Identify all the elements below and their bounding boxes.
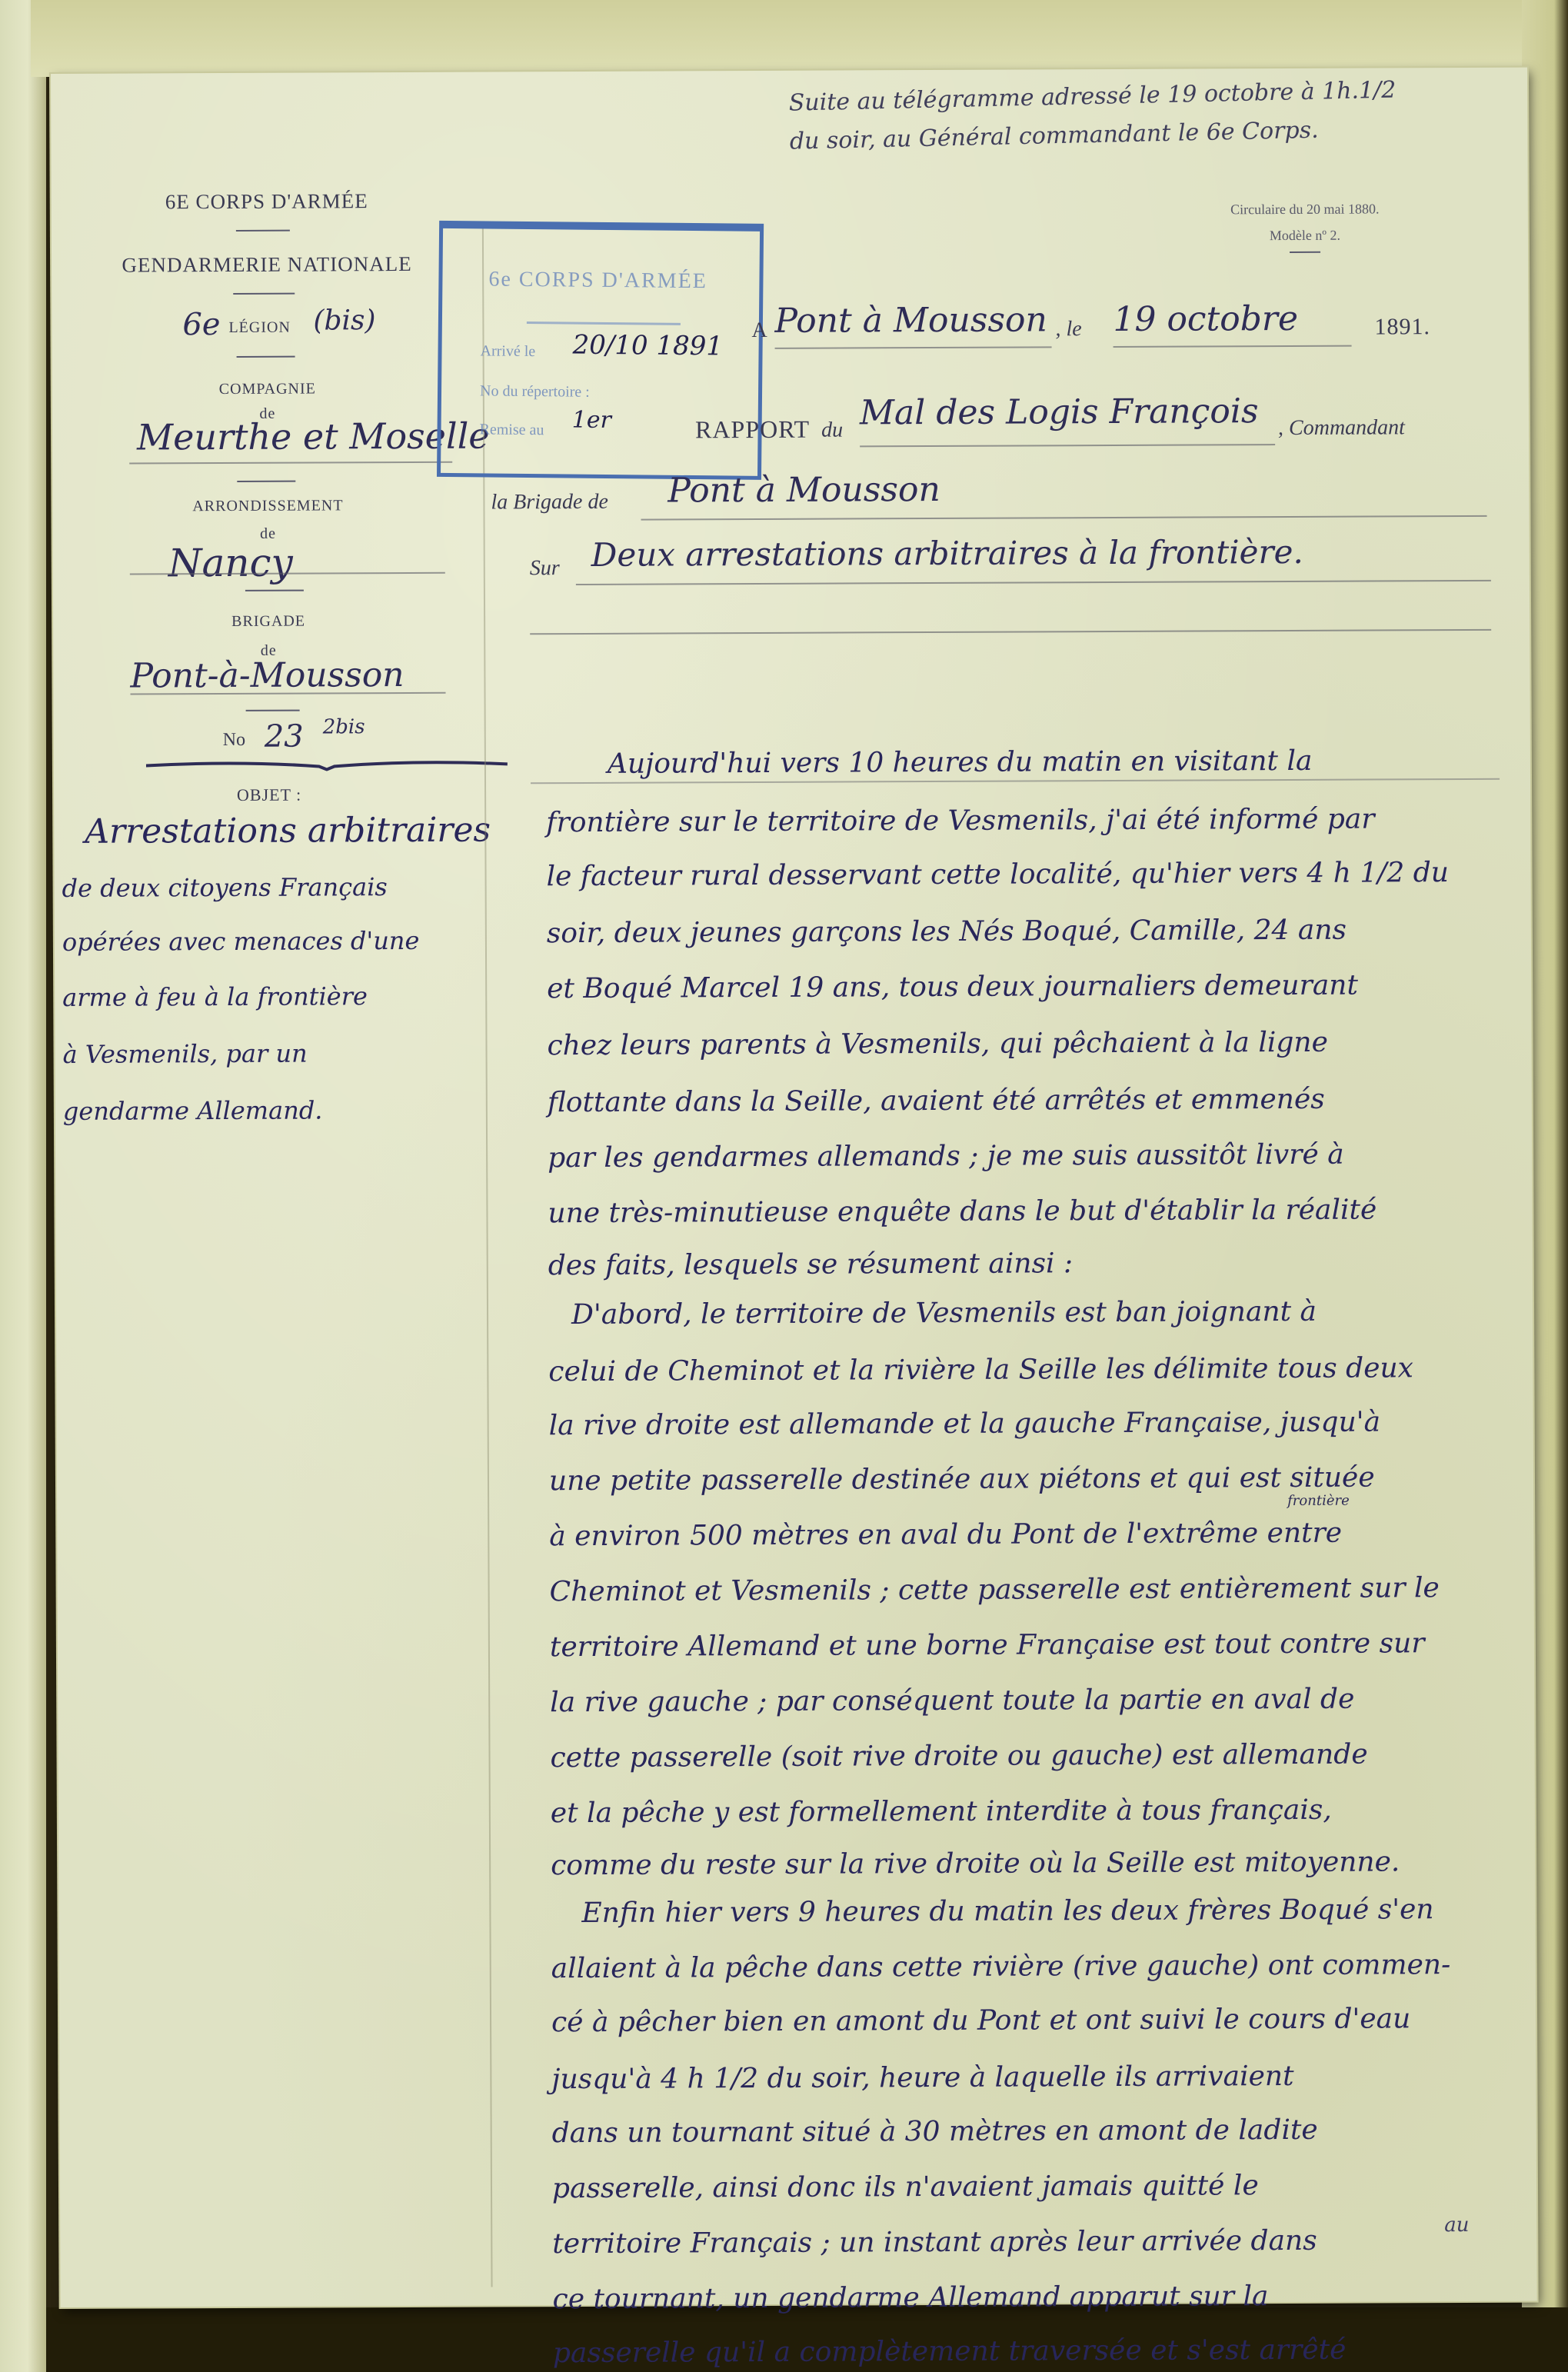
report-body: Aujourd'hui vers 10 heures du matin en v… <box>515 745 1515 749</box>
divider <box>1290 252 1320 253</box>
body-line: la rive gauche ; par conséquent toute la… <box>550 1684 1354 1719</box>
objet-label: OBJET : <box>54 785 484 806</box>
report-place: Pont à Mousson <box>774 300 1047 341</box>
body-line: et Boqué Marcel 19 ans, tous deux journa… <box>547 970 1358 1005</box>
divider <box>246 710 300 711</box>
body-line: territoire Français ; un instant après l… <box>552 2225 1317 2260</box>
number-suffix: 2bis <box>323 715 365 738</box>
stamp-divider <box>527 321 681 325</box>
body-line: dans un tournant situé à 30 mètres en am… <box>552 2114 1318 2149</box>
divider <box>245 590 304 591</box>
number-value: 23 <box>265 719 304 755</box>
body-line: celui de Cheminot et la rivière la Seill… <box>548 1352 1413 1388</box>
divider <box>236 230 290 232</box>
body-line: une petite passerelle destinée aux piéto… <box>549 1462 1375 1497</box>
number-label: No <box>223 730 245 751</box>
stamp-arrive-label: Arrivé le <box>480 342 535 361</box>
body-line: soir, deux jeunes garçons les Nés Boqué,… <box>547 914 1347 950</box>
legion-label: LÉGION <box>228 319 291 337</box>
du-label: du <box>821 418 843 443</box>
body-line: jusqu'à 4 h 1/2 du soir, heure à laquell… <box>551 2061 1293 2095</box>
field-underline <box>641 515 1487 521</box>
section-rule <box>530 629 1491 635</box>
body-line: flottante dans la Seille, avaient été ar… <box>548 1084 1325 1118</box>
body-line: à environ 500 mètres en aval du Pont de … <box>549 1517 1342 1552</box>
binder-left-edge <box>0 0 46 2372</box>
objet-line: à Vesmenils, par un <box>62 1039 307 1069</box>
field-underline <box>129 461 452 465</box>
objet-line: gendarme Allemand. <box>63 1095 323 1125</box>
legion-field: 6e LÉGION (bis) <box>182 303 428 350</box>
body-line: la rive droite est allemande et la gauch… <box>549 1406 1381 1441</box>
body-line: des faits, lesquels se résument ainsi : <box>548 1248 1073 1281</box>
gendarmerie-heading: GENDARMERIE NATIONALE <box>52 252 482 278</box>
rapport-label: RAPPORT <box>695 415 810 445</box>
telegram-annotation: Suite au télégramme adressé le 19 octobr… <box>788 69 1482 162</box>
body-line: chez leurs parents à Vesmenils, qui pêch… <box>547 1027 1328 1061</box>
document-page: Suite au télégramme adressé le 19 octobr… <box>51 68 1537 2307</box>
objet-description: Arrestations arbitraires de deux citoyen… <box>62 811 477 812</box>
body-line: par les gendarmes allemands ; je me suis… <box>548 1139 1344 1174</box>
stamp-remise-label: Remise au <box>479 421 544 439</box>
body-line: et la pêche y est formellement interdite… <box>551 1794 1332 1829</box>
body-line: Cheminot et Vesmenils ; cette passerelle… <box>550 1572 1440 1607</box>
field-underline <box>576 580 1491 585</box>
arrondissement-value: Nancy <box>168 541 293 586</box>
model-reference: Modèle nº 2. <box>1159 222 1451 249</box>
body-line: frontière sur le territoire de Vesmenils… <box>546 803 1374 838</box>
objet-line: arme à feu à la frontière <box>62 981 368 1012</box>
place-prefix: A <box>751 318 767 343</box>
brigade-label: BRIGADE <box>53 612 484 631</box>
report-author: Mal des Logis François <box>860 391 1259 432</box>
stamp-title: 6e CORPS D'ARMÉE <box>488 267 707 294</box>
body-line: comme du reste sur la rive droite où la … <box>551 1846 1400 1881</box>
report-brigade: Pont à Mousson <box>667 470 940 511</box>
objet-line: opérées avec menaces d'une <box>62 926 420 957</box>
catchword: au <box>1444 2214 1469 2237</box>
body-line: passerelle, ainsi donc ils n'avaient jam… <box>552 2170 1259 2204</box>
report-date: 19 octobre <box>1113 299 1298 339</box>
field-underline <box>860 444 1275 447</box>
body-line: cé à pêcher bien en amont du Pont et ont… <box>551 2003 1410 2038</box>
form-reference: Circulaire du 20 mai 1880. Modèle nº 2. <box>1159 195 1451 254</box>
objet-line: Arrestations arbitraires <box>85 811 491 851</box>
objet-line: de deux citoyens Français <box>62 872 388 903</box>
divider <box>233 293 295 295</box>
date-prefix: , le <box>1055 317 1081 341</box>
field-underline <box>775 346 1052 349</box>
body-line: cette passerelle (soit rive droite ou ga… <box>550 1739 1367 1774</box>
legion-suffix: (bis) <box>313 305 375 336</box>
stamp-arrive-date: 20/10 1891 <box>572 330 723 362</box>
body-line: Aujourd'hui vers 10 heures du matin en v… <box>608 745 1313 780</box>
divider <box>237 356 295 358</box>
body-line: le facteur rural desservant cette locali… <box>546 857 1449 892</box>
report-number-field: No 23 2bis <box>223 718 423 758</box>
body-line: allaient à la pêche dans cette rivière (… <box>551 1949 1451 1984</box>
divider <box>237 481 295 482</box>
sur-label: Sur <box>530 556 560 581</box>
legion-number: 6e <box>182 307 220 342</box>
brigade-value: Pont-à-Mousson <box>130 655 404 696</box>
brigade-de-label: la Brigade de <box>491 490 608 515</box>
interlinear-insert: frontière <box>1287 1493 1350 1509</box>
corps-heading: 6e CORPS D'ARMÉE <box>52 189 482 215</box>
body-line: une très-minutieuse enquête dans le but … <box>548 1194 1377 1229</box>
report-subject: Deux arrestations arbitraires à la front… <box>591 533 1303 574</box>
commandant-label: , Commandant <box>1278 415 1405 441</box>
stamp-remise-value: 1er <box>572 407 612 434</box>
report-year: 1891. <box>1374 314 1430 340</box>
column-divider <box>482 226 493 2287</box>
compagnie-label: COMPAGNIE <box>52 380 483 399</box>
arrondissement-label: ARRONDISSEMENT <box>52 497 483 516</box>
body-line: D'abord, le territoire de Vesmenils est … <box>571 1296 1317 1331</box>
stamp-repertoire-label: No du répertoire : <box>480 382 590 401</box>
ornamental-brace <box>146 756 508 771</box>
circular-reference: Circulaire du 20 mai 1880. <box>1159 195 1451 223</box>
body-line: Enfin hier vers 9 heures du matin les de… <box>581 1894 1433 1929</box>
body-line: ce tournant, un gendarme Allemand apparu… <box>553 2280 1269 2315</box>
body-line: passerelle qu'il a complètement traversé… <box>553 2334 1347 2370</box>
field-underline <box>1114 345 1352 348</box>
body-line: territoire Allemand et une borne Françai… <box>550 1627 1425 1663</box>
folder-top-edge <box>31 0 1568 77</box>
